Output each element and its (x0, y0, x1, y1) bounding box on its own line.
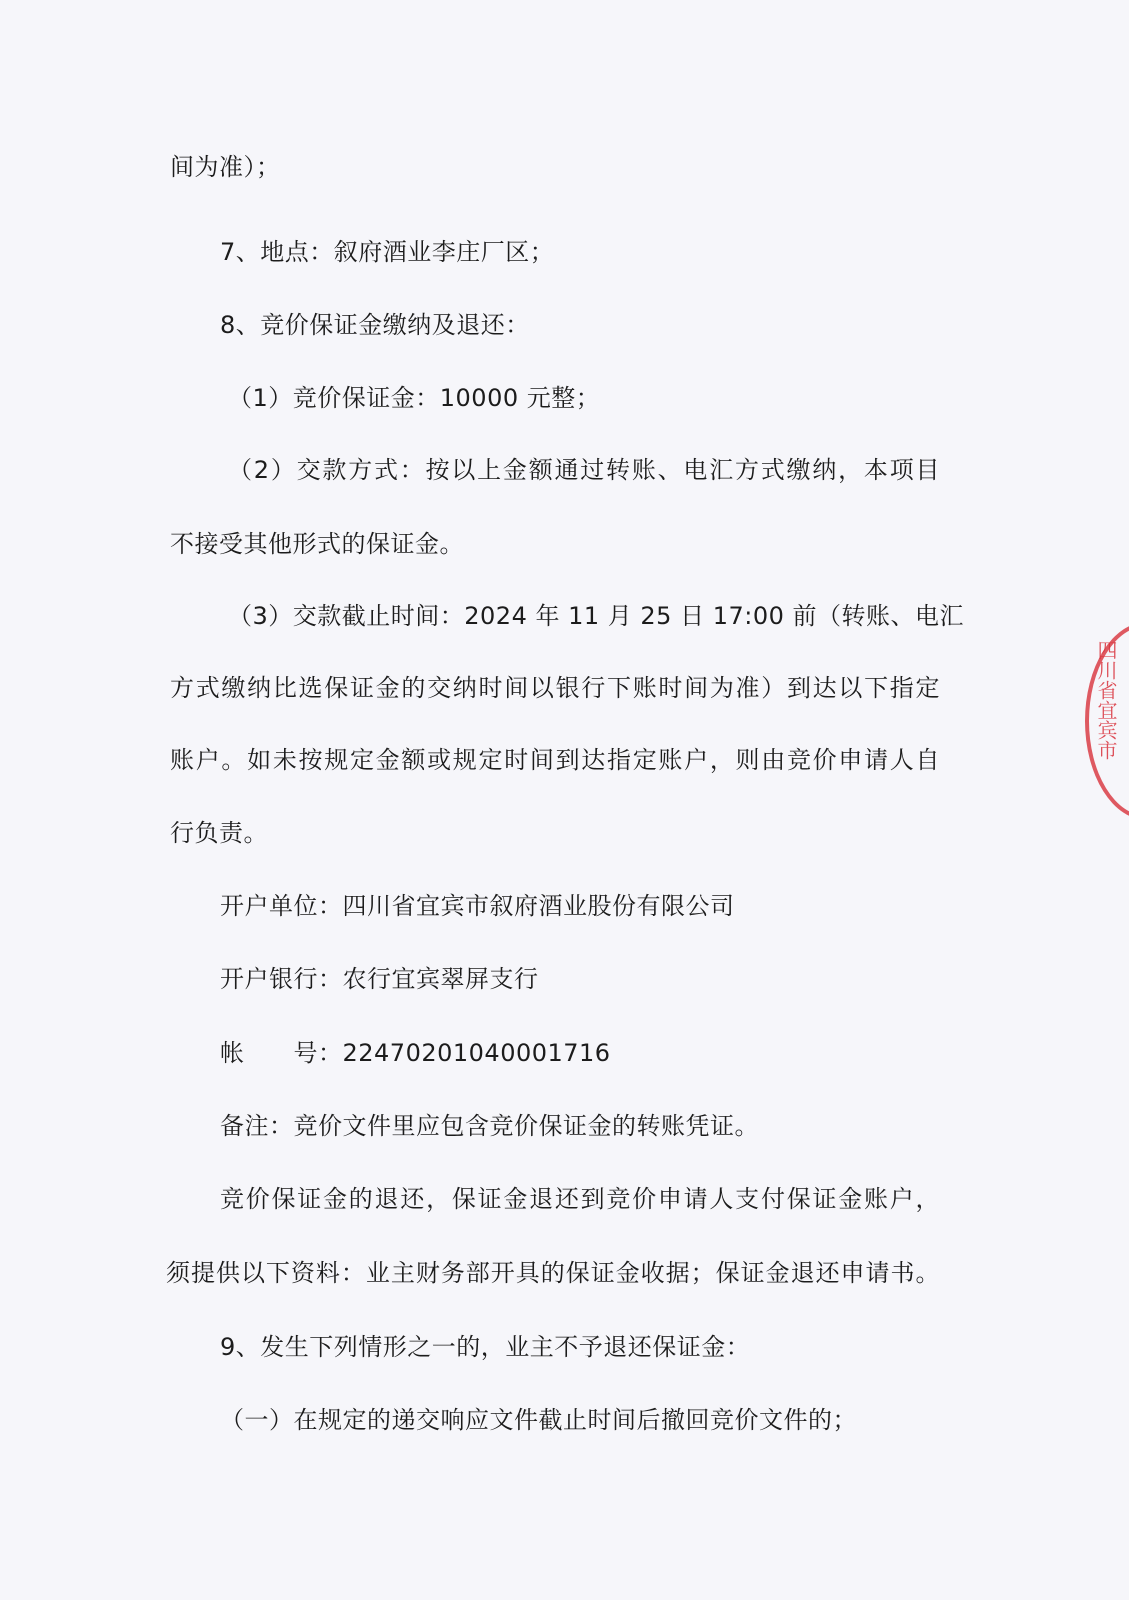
text-line-refund-cont: 须提供以下资料：业主财务部开具的保证金收据；保证金退还申请书。 (166, 1258, 940, 1288)
text-line-note: 备注：竞价文件里应包含竞价保证金的转账凭证。 (220, 1111, 759, 1141)
text-line-deadline-cont-3: 行负责。 (170, 818, 268, 848)
text-line-account-unit: 开户单位：四川省宜宾市叙府酒业股份有限公司 (220, 891, 735, 921)
text-line-deadline: （3）交款截止时间：2024 年 11 月 25 日 17:00 前（转账、电汇 (228, 601, 940, 631)
text-line-account-number: 帐 号：22470201040001716 (220, 1038, 611, 1068)
text-line-item-9-1: （一）在规定的递交响应文件截止时间后撤回竞价文件的； (220, 1405, 857, 1435)
text-line-deadline-cont-1: 方式缴纳比选保证金的交纳时间以银行下账时间为准）到达以下指定 (170, 673, 940, 703)
text-line-refund: 竞价保证金的退还，保证金退还到竞价申请人支付保证金账户， (220, 1184, 940, 1214)
text-line-item-8-heading: 8、竞价保证金缴纳及退还： (220, 310, 530, 340)
text-line-continuation: 间为准）； (170, 152, 281, 182)
text-line-item-7-location: 7、地点：叙府酒业李庄厂区； (220, 237, 554, 267)
text-line-payment-method-cont: 不接受其他形式的保证金。 (170, 529, 464, 559)
text-line-deposit-amount: （1）竞价保证金：10000 元整； (228, 383, 600, 413)
text-line-account-bank: 开户银行：农行宜宾翠屏支行 (220, 964, 539, 994)
seal-text: 四川省宜宾市 (1092, 640, 1121, 760)
text-line-deadline-cont-2: 账户。如未按规定金额或规定时间到达指定账户，则由竞价申请人自 (170, 745, 940, 775)
text-line-item-9-heading: 9、发生下列情形之一的，业主不予退还保证金： (220, 1332, 750, 1362)
text-line-payment-method: （2）交款方式：按以上金额通过转账、电汇方式缴纳，本项目 (228, 455, 940, 485)
